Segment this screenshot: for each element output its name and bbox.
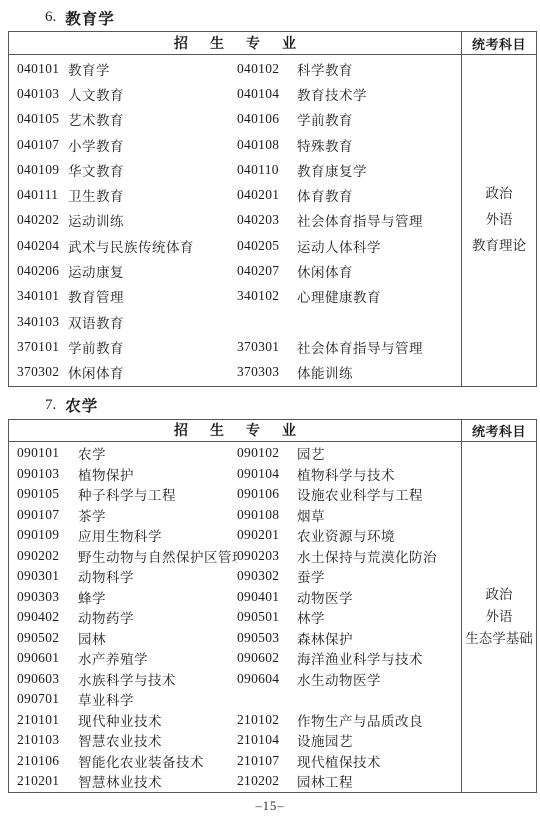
section-title: 教育学 (65, 7, 115, 29)
major-name: 设施园艺 (297, 730, 461, 750)
major-code: 040111 (17, 187, 68, 203)
subject-line: 政治 (486, 181, 513, 207)
major-name: 蚕学 (297, 566, 461, 586)
major-code: 090503 (237, 630, 297, 646)
major-code: 370303 (237, 364, 297, 380)
major-code: 040110 (237, 162, 297, 178)
major-code: 090604 (237, 671, 297, 687)
subjects-cell: 政治外语教育理论 (461, 55, 536, 386)
section-agriculture: 7. 农学 招生专业 统考科目 090101农学090102园艺090103植物… (0, 395, 540, 794)
table-header-row: 招生专业 统考科目 (9, 420, 536, 442)
major-code: 090202 (17, 548, 78, 564)
major-code: 090201 (237, 527, 297, 543)
major-code: 090701 (17, 691, 78, 707)
major-name: 园林 (78, 628, 237, 648)
major-name: 种子科学与工程 (78, 484, 237, 504)
table-row: 090303蜂学090401动物医学 (9, 586, 461, 607)
table-row: 370101学前教育370301社会体育指导与管理 (9, 334, 461, 359)
major-code: 040105 (17, 111, 68, 127)
major-code: 210106 (17, 753, 78, 769)
major-code: 040106 (237, 111, 297, 127)
header-subjects-column: 统考科目 (461, 420, 536, 441)
education-majors-table: 招生专业 统考科目 040101教育学040102科学教育040103人文教育0… (8, 31, 537, 387)
major-name: 茶学 (78, 505, 237, 525)
major-code: 090401 (237, 589, 297, 605)
table-row: 090109应用生物科学090201农业资源与环境 (9, 525, 461, 546)
table-row: 040103人文教育040104教育技术学 (9, 81, 461, 106)
table-row: 090603水族科学与技术090604水生动物医学 (9, 668, 461, 689)
major-code: 040109 (17, 162, 68, 178)
major-name: 蜂学 (78, 587, 237, 607)
major-code: 040205 (237, 238, 297, 254)
major-name: 武术与民族传统体育 (68, 236, 237, 256)
major-code: 040203 (237, 212, 297, 228)
major-code: 370101 (17, 339, 68, 355)
major-name: 小学教育 (68, 135, 237, 155)
table-row: 090301动物科学090302蚕学 (9, 566, 461, 587)
major-name: 教育学 (68, 59, 237, 79)
major-code: 210104 (237, 732, 297, 748)
major-code: 090601 (17, 650, 78, 666)
major-name: 社会体育指导与管理 (297, 210, 461, 230)
major-name: 华文教育 (68, 160, 237, 180)
major-name: 智慧农业技术 (78, 730, 237, 750)
major-code: 040108 (237, 137, 297, 153)
major-name: 休闲体育 (68, 362, 237, 382)
majors-list: 040101教育学040102科学教育040103人文教育040104教育技术学… (9, 55, 461, 386)
major-name: 心理健康教育 (297, 286, 461, 306)
major-name: 烟草 (297, 505, 461, 525)
major-name: 智慧林业技术 (78, 771, 237, 791)
table-row: 340101教育管理340102心理健康教育 (9, 284, 461, 309)
major-name: 园艺 (297, 443, 461, 463)
major-name: 动物药学 (78, 607, 237, 627)
header-major-label: 招生专业 (174, 33, 318, 53)
major-code: 210107 (237, 753, 297, 769)
table-row: 210101现代种业技术210102作物生产与品质改良 (9, 709, 461, 730)
table-row: 210201智慧林业技术210202园林工程 (9, 771, 461, 792)
major-name: 教育技术学 (297, 84, 461, 104)
major-code: 090105 (17, 486, 78, 502)
major-code: 090102 (237, 445, 297, 461)
section-number: 7. (45, 397, 56, 414)
major-name: 水族科学与技术 (78, 669, 237, 689)
header-major-column: 招生专业 (9, 420, 461, 441)
major-code: 340103 (17, 314, 68, 330)
table-row: 040105艺术教育040106学前教育 (9, 107, 461, 132)
major-name: 运动训练 (68, 210, 237, 230)
section-heading: 7. 农学 (45, 395, 540, 416)
major-name: 休闲体育 (297, 261, 461, 281)
major-name: 特殊教育 (297, 135, 461, 155)
subject-line: 外语 (486, 606, 513, 628)
major-code: 040102 (237, 61, 297, 77)
major-name: 农学 (78, 443, 237, 463)
table-row: 090105种子科学与工程090106设施农业科学与工程 (9, 484, 461, 505)
major-name: 水生动物医学 (297, 669, 461, 689)
major-code: 210102 (237, 712, 297, 728)
table-row: 040101教育学040102科学教育 (9, 56, 461, 81)
major-code: 340101 (17, 288, 68, 304)
major-code: 090107 (17, 507, 78, 523)
table-row: 040206运动康复040207休闲体育 (9, 258, 461, 283)
major-code: 040204 (17, 238, 68, 254)
major-code: 090301 (17, 568, 78, 584)
major-code: 090303 (17, 589, 78, 605)
major-code: 090602 (237, 650, 297, 666)
major-code: 040202 (17, 212, 68, 228)
table-row: 040107小学教育040108特殊教育 (9, 132, 461, 157)
table-row: 090601水产养殖学090602海洋渔业科学与技术 (9, 648, 461, 669)
major-code: 090203 (237, 548, 297, 564)
table-row: 040202运动训练040203社会体育指导与管理 (9, 208, 461, 233)
major-code: 210202 (237, 773, 297, 789)
major-name: 教育管理 (68, 286, 237, 306)
table-row: 340103双语教育 (9, 309, 461, 334)
major-code: 090108 (237, 507, 297, 523)
major-code: 040201 (237, 187, 297, 203)
major-code: 370301 (237, 339, 297, 355)
section-heading: 6. 教育学 (45, 7, 540, 28)
table-header-row: 招生专业 统考科目 (9, 32, 536, 55)
major-name: 农业资源与环境 (297, 525, 461, 545)
table-row: 210103智慧农业技术210104设施园艺 (9, 730, 461, 751)
major-name: 草业科学 (78, 689, 237, 709)
major-code: 040107 (17, 137, 68, 153)
major-name: 社会体育指导与管理 (297, 337, 461, 357)
table-row: 090107茶学090108烟草 (9, 504, 461, 525)
header-subjects-column: 统考科目 (461, 32, 536, 54)
major-name: 教育康复学 (297, 160, 461, 180)
major-code: 210201 (17, 773, 78, 789)
major-code: 210103 (17, 732, 78, 748)
table-row: 090402动物药学090501林学 (9, 607, 461, 628)
major-name: 双语教育 (68, 312, 237, 332)
majors-list: 090101农学090102园艺090103植物保护090104植物科学与技术0… (9, 442, 461, 793)
major-name: 动物科学 (78, 566, 237, 586)
header-major-label: 招生专业 (174, 420, 318, 440)
table-row: 090103植物保护090104植物科学与技术 (9, 463, 461, 484)
major-code: 090302 (237, 568, 297, 584)
major-code: 040207 (237, 263, 297, 279)
major-name: 作物生产与品质改良 (297, 710, 461, 730)
major-code: 090103 (17, 466, 78, 482)
major-name: 现代种业技术 (78, 710, 237, 730)
subject-line: 外语 (486, 207, 513, 233)
table-row: 090701草业科学 (9, 689, 461, 710)
subjects-cell: 政治外语生态学基础 (461, 442, 536, 793)
major-name: 现代植保技术 (297, 751, 461, 771)
table-row: 090202野生动物与自然保护区管理090203水土保持与荒漠化防治 (9, 545, 461, 566)
major-name: 植物科学与技术 (297, 464, 461, 484)
major-name: 动物医学 (297, 587, 461, 607)
major-code: 040103 (17, 86, 68, 102)
document-page: 6. 教育学 招生专业 统考科目 040101教育学040102科学教育0401… (0, 0, 540, 814)
major-name: 森林保护 (297, 628, 461, 648)
major-code: 340102 (237, 288, 297, 304)
major-name: 应用生物科学 (78, 525, 237, 545)
section-education: 6. 教育学 招生专业 统考科目 040101教育学040102科学教育0401… (0, 7, 540, 387)
major-name: 水土保持与荒漠化防治 (297, 546, 461, 566)
major-code: 090402 (17, 609, 78, 625)
table-row: 090101农学090102园艺 (9, 443, 461, 464)
section-title: 农学 (65, 394, 98, 416)
subject-line: 生态学基础 (465, 628, 533, 650)
major-name: 体育教育 (297, 185, 461, 205)
table-body: 090101农学090102园艺090103植物保护090104植物科学与技术0… (9, 442, 536, 793)
agriculture-majors-table: 招生专业 统考科目 090101农学090102园艺090103植物保护0901… (8, 419, 537, 794)
major-name: 学前教育 (68, 337, 237, 357)
major-name: 林学 (297, 607, 461, 627)
major-code: 090603 (17, 671, 78, 687)
major-code: 210101 (17, 712, 78, 728)
major-code: 090502 (17, 630, 78, 646)
major-name: 智能化农业装备技术 (78, 751, 237, 771)
major-name: 艺术教育 (68, 109, 237, 129)
table-row: 210106智能化农业装备技术210107现代植保技术 (9, 750, 461, 771)
major-name: 运动康复 (68, 261, 237, 281)
major-name: 科学教育 (297, 59, 461, 79)
major-name: 卫生教育 (68, 185, 237, 205)
major-code: 370302 (17, 364, 68, 380)
major-name: 植物保护 (78, 464, 237, 484)
table-row: 090502园林090503森林保护 (9, 627, 461, 648)
subject-line: 教育理论 (472, 233, 526, 259)
table-row: 370302休闲体育370303体能训练 (9, 360, 461, 385)
major-name: 设施农业科学与工程 (297, 484, 461, 504)
major-name: 水产养殖学 (78, 648, 237, 668)
major-name: 园林工程 (297, 771, 461, 791)
major-code: 040104 (237, 86, 297, 102)
table-row: 040111卫生教育040201体育教育 (9, 182, 461, 207)
major-code: 090104 (237, 466, 297, 482)
major-name: 人文教育 (68, 84, 237, 104)
major-code: 090109 (17, 527, 78, 543)
major-code: 090106 (237, 486, 297, 502)
table-body: 040101教育学040102科学教育040103人文教育040104教育技术学… (9, 55, 536, 386)
major-name: 体能训练 (297, 362, 461, 382)
major-code: 090101 (17, 445, 78, 461)
subject-line: 政治 (486, 584, 513, 606)
major-name: 学前教育 (297, 109, 461, 129)
header-major-column: 招生专业 (9, 32, 461, 54)
table-row: 040204武术与民族传统体育040205运动人体科学 (9, 233, 461, 258)
major-name: 运动人体科学 (297, 236, 461, 256)
major-code: 040206 (17, 263, 68, 279)
major-code: 040101 (17, 61, 68, 77)
major-name: 野生动物与自然保护区管理 (78, 546, 237, 566)
section-number: 6. (45, 9, 56, 26)
major-name: 海洋渔业科学与技术 (297, 648, 461, 668)
page-number: –15– (0, 799, 540, 814)
major-code: 090501 (237, 609, 297, 625)
table-row: 040109华文教育040110教育康复学 (9, 157, 461, 182)
